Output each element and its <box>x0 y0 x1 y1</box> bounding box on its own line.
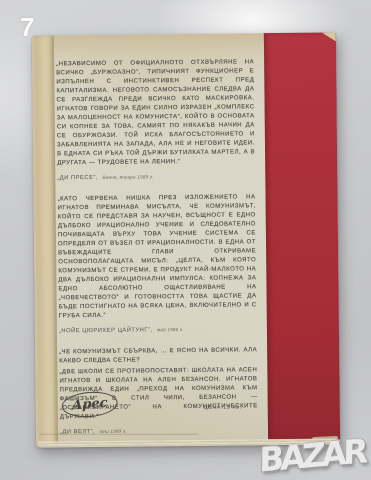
quote-2-note: май 1986 г. <box>157 327 184 332</box>
quote-1-source: „ДИ ПРЕСЕ”, <box>57 175 98 181</box>
quote-2-attribution: „НОЙЕ ЦЮРИХЕР ЦАЙТУНГ”, май 1986 г. <box>59 322 257 335</box>
quote-1-note: Виена, януари 1989 г. <box>102 174 153 180</box>
red-band <box>264 32 340 440</box>
blurb-text-column: „НЕЗАВИСИМО ОТ ОФИЦИАЛНОТО ОТХВЪРЛЯНЕ НА… <box>56 58 258 436</box>
book-spine-edge <box>32 35 58 447</box>
bazar-watermark: BAZAR <box>259 434 365 476</box>
price-label: ЦЕНА 13 лв. <box>204 404 242 410</box>
quote-2-source: „НОЙЕ ЦЮРИХЕР ЦАЙТУНГ”, <box>59 327 153 334</box>
quote-1-attribution: „ДИ ПРЕСЕ”, Виена, януари 1989 г. <box>57 169 255 182</box>
quote-2-text: „КАТО ЧЕРВЕНА НИШКА ПРЕЗ ИЗЛОЖЕНИЕТО НА … <box>58 193 257 321</box>
quote-3-line-1: „ЧЕ КОМУНИЗМЪТ СБЪРКВА, … Е ЯСНО НА ВСИЧ… <box>59 346 257 366</box>
publisher-logo-text: Арес <box>72 396 108 414</box>
quote-3-source: „ДИ ВЕЛТ”, <box>60 429 95 435</box>
quote-3-note: юни 1989 г. <box>100 429 127 434</box>
quote-1-text: „НЕЗАВИСИМО ОТ ОФИЦИАЛНОТО ОТХВЪРЛЯНЕ НА… <box>56 58 255 168</box>
quote-3-attribution: „ДИ ВЕЛТ”, юни 1989 г. <box>60 423 258 436</box>
book-back-cover: „НЕЗАВИСИМО ОТ ОФИЦИАЛНОТО ОТХВЪРЛЯНЕ НА… <box>32 32 340 447</box>
